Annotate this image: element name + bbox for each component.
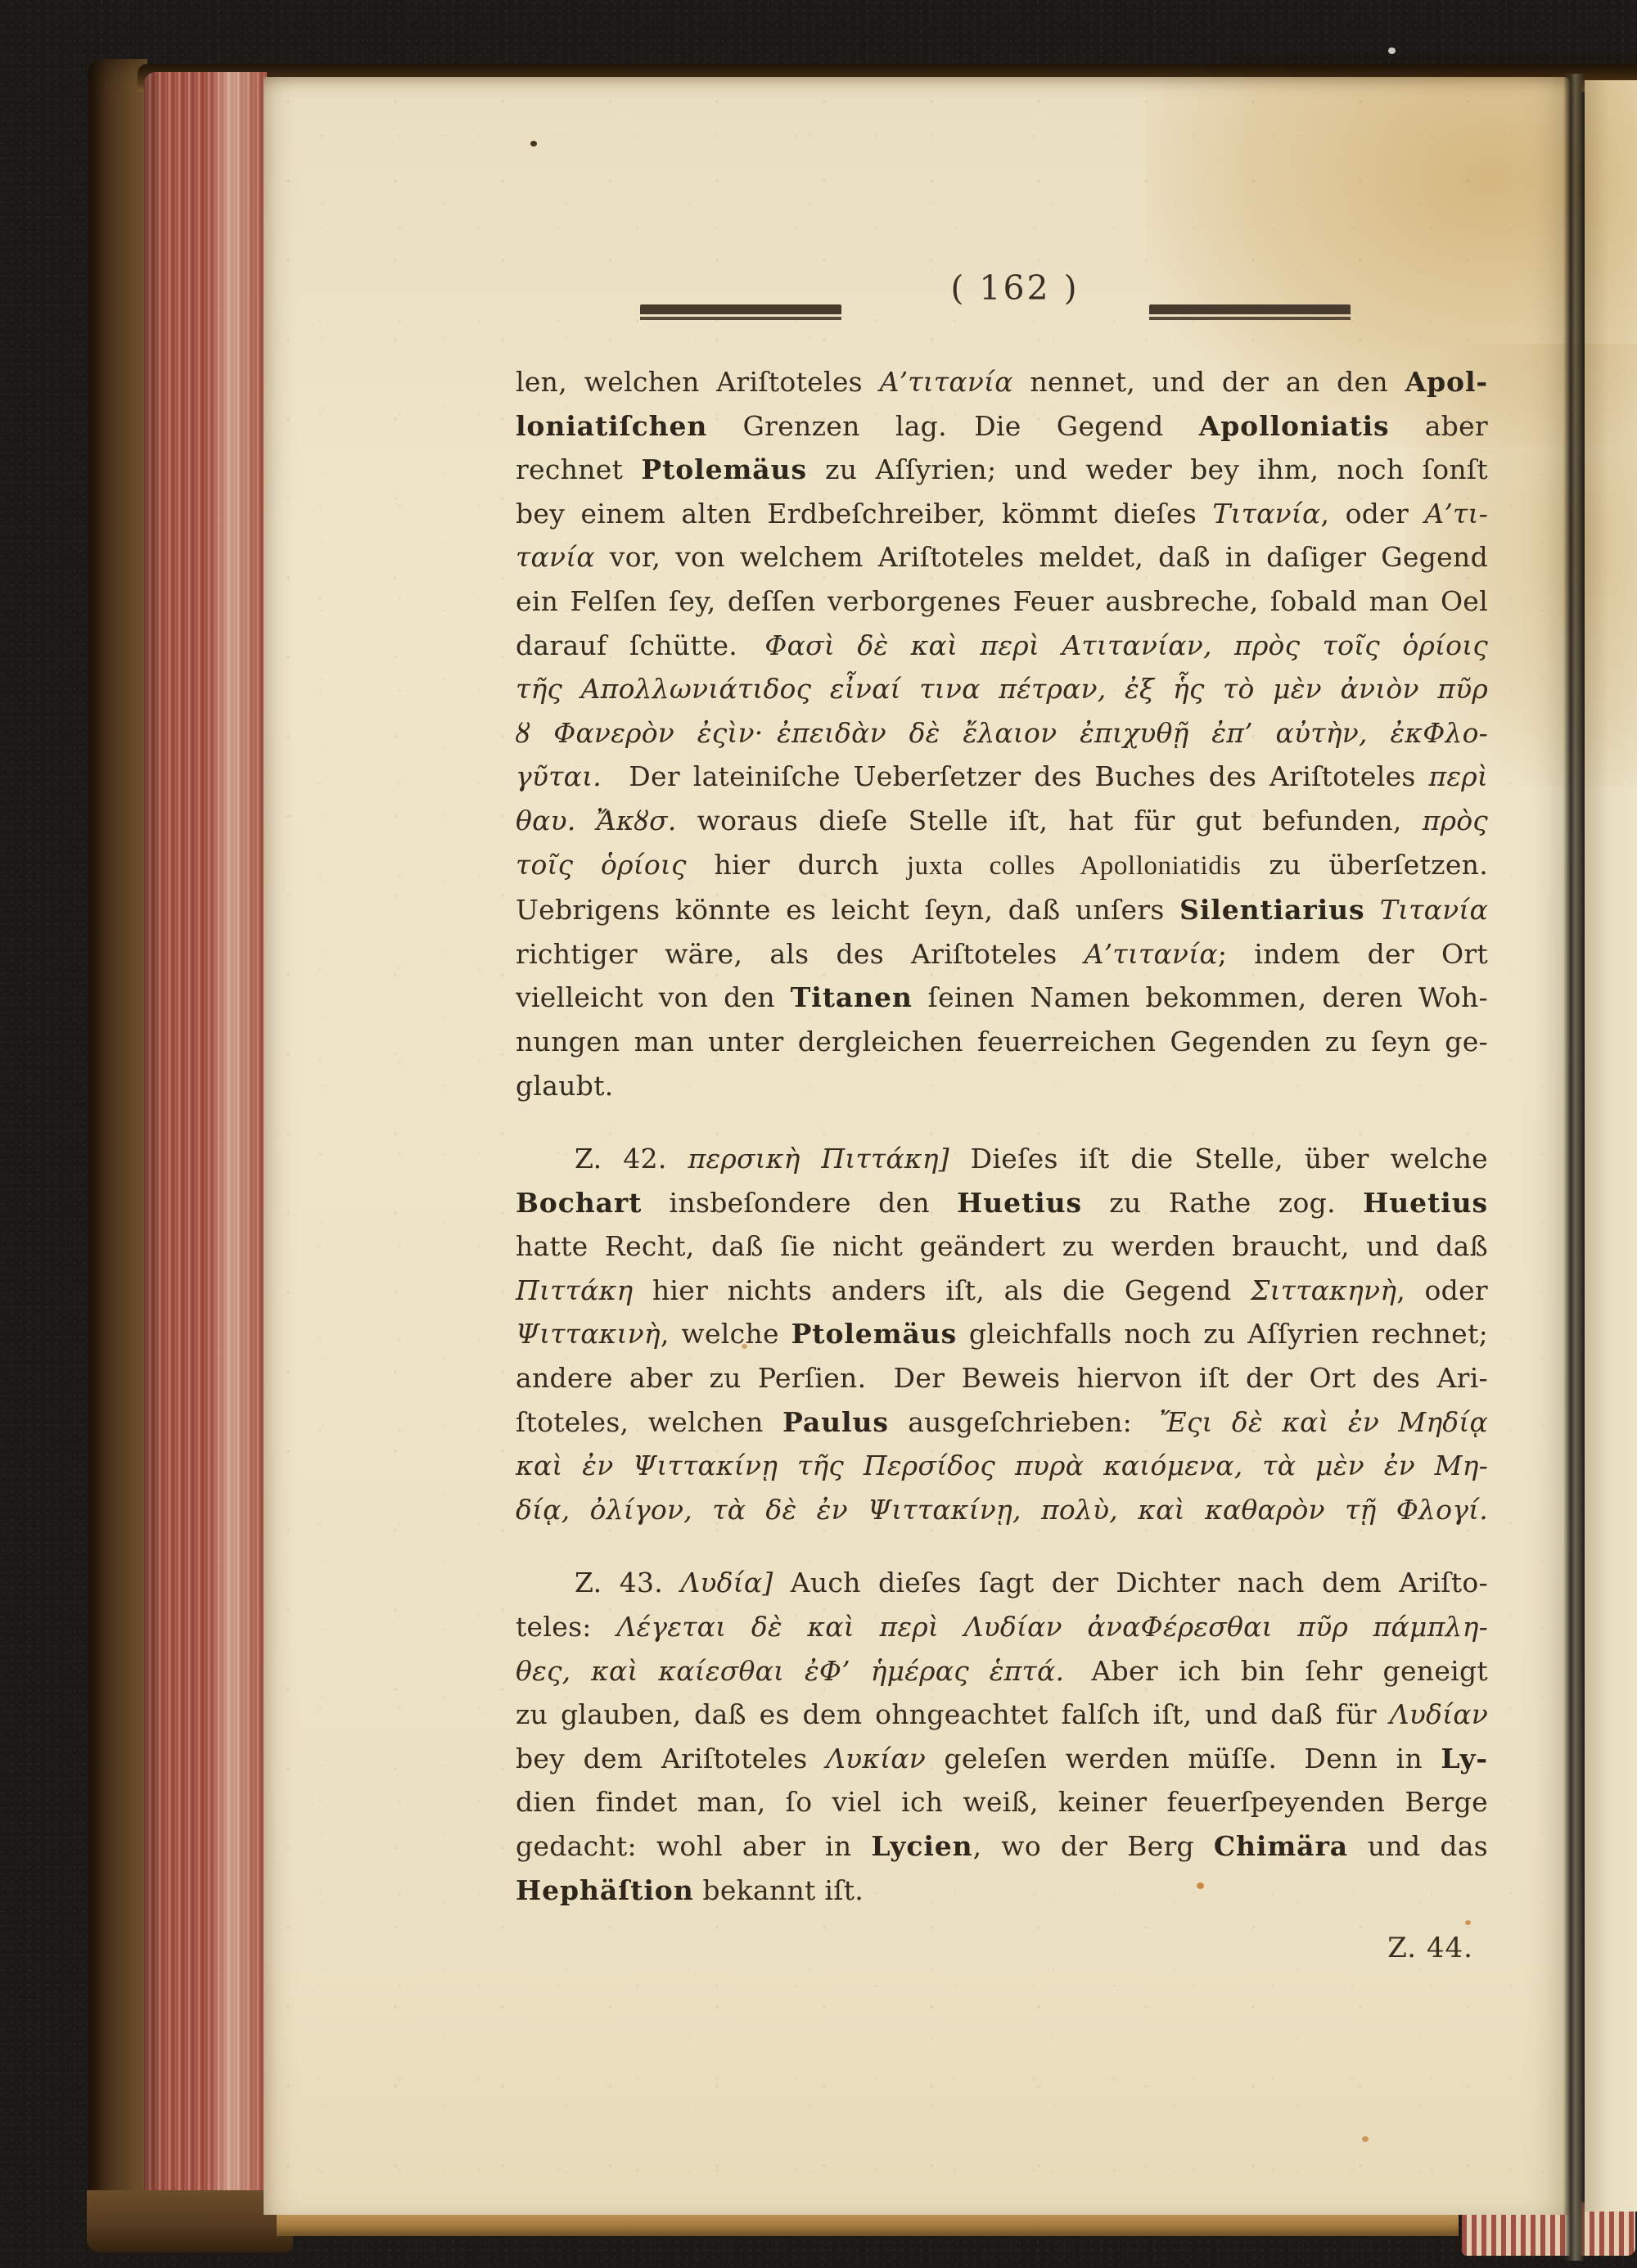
red-fore-edge-pages (144, 72, 267, 2203)
text-line: Hephäſtion bekannt iſt. (516, 1869, 1488, 1913)
paragraph: Z. 42. περσικὴ Πιττάκη] Dieſes iſt die S… (516, 1137, 1488, 1531)
text-segment-g: τανία (516, 541, 595, 573)
text-segment-f: rechnet (516, 453, 641, 485)
text-segment-f: und das (1348, 1830, 1488, 1862)
text-line: andere aber zu Perſien. Der Beweis hierv… (516, 1356, 1488, 1400)
text-line: δίᾳ, ὀλίγον, τὰ δὲ ἐν Ψιττακίνῃ, πολὺ, κ… (516, 1488, 1488, 1532)
catchword: Z. 44. (1195, 1932, 1473, 1964)
text-line: nungen man unter dergleichen feuerreiche… (516, 1020, 1488, 1064)
text-segment-f: Z. 43. (575, 1567, 680, 1598)
text-segment-l: juxta colles Apolloniatidis (907, 851, 1242, 881)
text-segment-g: τῆς Απολλωνιάτιδος εἶναί τινα πέτραν, ἐξ… (516, 673, 1488, 705)
text-segment-f: bekannt iſt. (694, 1874, 864, 1906)
text-segment-f: Uebrigens könnte es leicht ſeyn, daß unſ… (516, 894, 1179, 926)
text-segment-f: Z. 42. (575, 1143, 688, 1175)
text-segment-f: nungen man unter dergleichen feuerreiche… (516, 1026, 1488, 1057)
text-segment-b: Apol- (1405, 366, 1488, 398)
dust-speck (1388, 47, 1396, 54)
text-segment-f: bey dem Ariſtoteles (516, 1743, 826, 1774)
book-cover-board (88, 59, 147, 2252)
text-segment-f: woraus dieſe Stelle iſt, hat für gut bef… (677, 805, 1423, 836)
text-segment-f: darauf ſchütte. (516, 629, 764, 661)
text-segment-g: θαυ. Ἄκȣσ. (516, 805, 677, 836)
text-line: Uebrigens könnte es leicht ſeyn, daß unſ… (516, 888, 1488, 932)
text-segment-f: ein Felſen ſey, deſſen verborgenes Feuer… (516, 585, 1488, 617)
text-segment-f: len, welchen Ariſtoteles (516, 366, 880, 398)
text-segment-f: Der lateiniſche Ueberſetzer des Buches d… (602, 760, 1428, 792)
text-line: bey einem alten Erdbeſchreiber, kömmt di… (516, 492, 1488, 536)
paragraph: len, welchen Ariſtoteles Α’τιτανία nenne… (516, 360, 1488, 1107)
text-segment-b: Bochart (516, 1187, 642, 1219)
text-segment-f: zu Rathe zog. (1082, 1187, 1363, 1219)
text-segment-b: Lycien (871, 1830, 972, 1862)
text-segment-f: richtiger wäre, als des Ariſtoteles (516, 938, 1085, 970)
page-number: ( 162 ) (917, 268, 1113, 308)
text-line: Ψιττακινὴ, welche Ptolemäus gleichfalls … (516, 1312, 1488, 1356)
text-line: gedacht: wohl aber in Lycien, wo der Ber… (516, 1824, 1488, 1869)
text-segment-f: aber (1390, 410, 1488, 442)
text-segment-g: Φασὶ δὲ καὶ περὶ Ατιτανίαν, πρὸς τοῖς ὁρ… (764, 629, 1488, 661)
text-segment-f: geleſen werden müſſe. Denn in (926, 1743, 1441, 1774)
text-segment-g: ȣ Φανερὸν ἐςὶν· ἐπειδὰν δὲ ἔλαιον ἐπιχυθ… (516, 717, 1488, 749)
text-segment-f: nennet, und der an den (1013, 366, 1405, 398)
text-line: rechnet Ptolemäus zu Aſſyrien; und weder… (516, 448, 1488, 492)
text-line: θαυ. Ἄκȣσ. woraus dieſe Stelle iſt, hat … (516, 799, 1488, 843)
text-line: ȣ Φανερὸν ἐςὶν· ἐπειδὰν δὲ ἔλαιον ἐπιχυθ… (516, 711, 1488, 755)
text-segment-f: insbeſondere den (642, 1187, 957, 1219)
text-segment-f: glaubt. (516, 1070, 614, 1102)
text-line: Z. 43. Λυδία] Auch dieſes ſagt der Dicht… (516, 1561, 1488, 1605)
text-segment-f: Grenzen lag. Die Gegend (707, 410, 1198, 442)
foxing-speck (1362, 2136, 1369, 2142)
text-segment-g: Λυκίαν (826, 1743, 926, 1774)
text-segment-b: Ptolemäus (641, 453, 807, 485)
header-rule-left (640, 304, 841, 322)
text-line: darauf ſchütte. Φασὶ δὲ καὶ περὶ Ατιτανί… (516, 624, 1488, 668)
text-segment-f: Aber ich bin ſehr geneigt (1064, 1655, 1488, 1687)
text-segment-g: Λυδία] (680, 1567, 773, 1598)
text-segment-b: Silentiarius (1179, 894, 1364, 926)
text-segment-f: vielleicht von den (516, 981, 791, 1013)
text-segment-b: Ptolemäus (791, 1318, 958, 1350)
text-segment-f: teles: (516, 1611, 616, 1643)
text-line: zu glauben, daß es dem ohngeachtet falſc… (516, 1693, 1488, 1737)
text-segment-b: Hephäſtion (516, 1874, 694, 1906)
text-line: teles: Λέγεται δὲ καὶ περὶ Λυδίαν ἀναΦέρ… (516, 1605, 1488, 1649)
text-segment-b: Chimära (1214, 1830, 1348, 1862)
text-segment-b: Huetius (957, 1187, 1082, 1219)
text-line: Bochart insbeſondere den Huetius zu Rath… (516, 1181, 1488, 1225)
text-segment-g: Α’τιτανία (1085, 938, 1218, 970)
ink-speck (530, 141, 537, 147)
text-segment-g: Πιττάκη (516, 1274, 633, 1306)
text-line: dien findet man, ſo viel ich weiß, keine… (516, 1780, 1488, 1824)
bottom-board-corner (87, 2190, 293, 2252)
text-segment-g: τοῖς ὁρίοις (516, 849, 687, 881)
text-segment-b: Titanen (791, 981, 913, 1013)
text-line: Πιττάκη hier nichts anders iſt, als die … (516, 1269, 1488, 1313)
text-segment-b: Ly- (1441, 1743, 1488, 1774)
text-segment-g: Τιτανία (1212, 498, 1320, 530)
text-segment-f: , oder (1396, 1274, 1488, 1306)
text-segment-f: zu glauben, daß es dem ohngeachtet falſc… (516, 1698, 1390, 1730)
text-line: hatte Recht, daß ſie nicht geändert zu w… (516, 1224, 1488, 1269)
text-segment-f: ; indem der Ort (1218, 938, 1488, 970)
text-line: τῆς Απολλωνιάτιδος εἶναί τινα πέτραν, ἐξ… (516, 667, 1488, 711)
text-segment-g: Α’τιτανία (880, 366, 1013, 398)
text-line: τανία vor, von welchem Ariſtoteles melde… (516, 535, 1488, 579)
text-line: glaubt. (516, 1064, 1488, 1108)
text-segment-f: Dieſes iſt die Stelle, über welche (949, 1143, 1488, 1175)
text-segment-g: Α’τι- (1424, 498, 1488, 530)
text-segment-f: zu überſetzen. (1242, 849, 1488, 881)
text-segment-g: δίᾳ, ὀλίγον, τὰ δὲ ἐν Ψιττακίνῃ, πολὺ, κ… (516, 1494, 1488, 1526)
text-segment-f: hier durch (687, 849, 907, 881)
text-segment-f: , oder (1321, 498, 1425, 530)
text-line: θες, καὶ καίεσθαι ἐΦ’ ἡμέρας ἑπτά. Aber … (516, 1649, 1488, 1693)
text-line: len, welchen Ariſtoteles Α’τιτανία nenne… (516, 360, 1488, 404)
text-segment-g: καὶ ἐν Ψιττακίνῃ τῆς Περσίδος πυρὰ καιόμ… (516, 1450, 1488, 1481)
book-scan: ( 162 ) len, welchen Ariſtoteles Α’τιταν… (0, 0, 1637, 2268)
text-line: τοῖς ὁρίοις hier durch juxta colles Apol… (516, 843, 1488, 889)
text-segment-b: loniatiſchen (516, 410, 707, 442)
text-segment-f: vor, von welchem Ariſtoteles meldet, daß… (595, 541, 1488, 573)
text-segment-b: Apolloniatis (1199, 410, 1390, 442)
text-line: richtiger wäre, als des Ariſtoteles Α’τι… (516, 932, 1488, 976)
paragraph: Z. 43. Λυδία] Auch dieſes ſagt der Dicht… (516, 1561, 1488, 1912)
text-line: ein Felſen ſey, deſſen verborgenes Feuer… (516, 579, 1488, 624)
foxing-speck (1465, 1920, 1471, 1925)
text-line: γῦται. Der lateiniſche Ueberſetzer des B… (516, 755, 1488, 799)
text-segment-b: Paulus (782, 1406, 889, 1438)
text-segment-f: gleichfalls noch zu Aſſyrien rechnet; (957, 1318, 1488, 1350)
text-line: καὶ ἐν Ψιττακίνῃ τῆς Περσίδος πυρὰ καιόμ… (516, 1444, 1488, 1488)
text-segment-g: γῦται. (516, 760, 602, 792)
text-segment-g: περσικὴ Πιττάκη] (688, 1143, 949, 1175)
text-line: ſtoteles, welchen Paulus ausgeſchrieben:… (516, 1400, 1488, 1445)
text-segment-f: , welche (661, 1318, 791, 1350)
text-segment-b: Huetius (1363, 1187, 1488, 1219)
header-rule-right (1149, 304, 1351, 322)
text-segment-f: andere aber zu Perſien. Der Beweis hierv… (516, 1362, 1488, 1394)
text-segment-f: bey einem alten Erdbeſchreiber, kömmt di… (516, 498, 1212, 530)
text-segment-f: hier nichts anders iſt, als die Gegend (633, 1274, 1251, 1306)
text-segment-g: Ψιττακινὴ (516, 1318, 661, 1350)
text-segment-f: Auch dieſes ſagt der Dichter nach dem Ar… (773, 1567, 1488, 1598)
text-segment-f: hatte Recht, daß ſie nicht geändert zu w… (516, 1230, 1488, 1262)
text-segment-f: gedacht: wohl aber in (516, 1830, 871, 1862)
text-segment-g: Σιττακηνὴ (1251, 1274, 1396, 1306)
text-segment-g: Ἔςι δὲ καὶ ἐν Μηδίᾳ (1159, 1406, 1488, 1438)
text-segment-f: zu Aſſyrien; und weder bey ihm, noch ſon… (807, 453, 1488, 485)
text-segment-g: θες, καὶ καίεσθαι ἐΦ’ ἡμέρας ἑπτά. (516, 1655, 1064, 1687)
text-segment-f: ſeinen Namen bekommen, deren Woh- (913, 981, 1488, 1013)
text-segment-f: ſtoteles, welchen (516, 1406, 782, 1438)
text-segment-f: dien findet man, ſo viel ich weiß, keine… (516, 1786, 1488, 1818)
text-line: loniatiſchen Grenzen lag. Die Gegend Apo… (516, 404, 1488, 449)
text-segment-g: περὶ (1428, 760, 1488, 792)
text-block: len, welchen Ariſtoteles Α’τιτανία nenne… (516, 360, 1488, 1912)
text-segment-g: Λυδίαν (1390, 1698, 1488, 1730)
text-segment-f: , wo der Berg (973, 1830, 1214, 1862)
text-line: Z. 42. περσικὴ Πιττάκη] Dieſes iſt die S… (516, 1137, 1488, 1181)
text-segment-g: πρὸς (1423, 805, 1488, 836)
text-segment-f: ausgeſchrieben: (889, 1406, 1160, 1438)
text-line: vielleicht von den Titanen ſeinen Namen … (516, 976, 1488, 1020)
text-segment-g: Λέγεται δὲ καὶ περὶ Λυδίαν ἀναΦέρεσθαι π… (616, 1611, 1488, 1643)
text-line: bey dem Ariſtoteles Λυκίαν geleſen werde… (516, 1737, 1488, 1781)
text-segment-g: Τιτανία (1364, 894, 1488, 926)
